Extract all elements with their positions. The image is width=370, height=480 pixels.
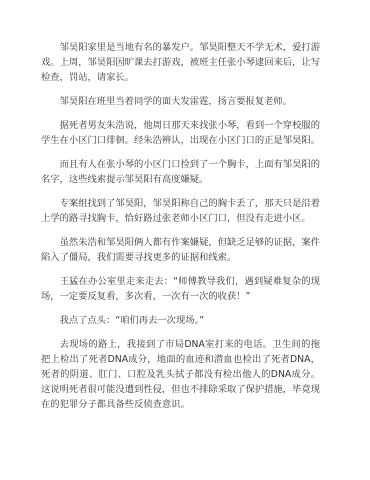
paragraph: 邹昊阳在班里当着同学的面大发雷霆，扬言要报复老师。	[41, 94, 320, 109]
paragraph: 据死者男友朱浩说，他周日那天来找张小琴，看到一个穿校服的学生在小区门口徘徊。经朱…	[41, 118, 320, 148]
paragraph: 专案组找到了邹昊阳，邹昊阳称自己的胸卡丢了，那天只是沿着上学的路寻找胸卡，恰好路…	[41, 196, 320, 226]
document-text-block: 邹昊阳家里是当地有名的暴发户。邹昊阳整天不学无术，爱打游戏。上周，邹昊阳因旷课去…	[41, 40, 320, 421]
paragraph: 而且有人在张小琴的小区门口捡到了一个胸卡，上面有邹昊阳的名字，这些线索提示邹昊阳…	[41, 157, 320, 187]
document-page: 邹昊阳家里是当地有名的暴发户。邹昊阳整天不学无术，爱打游戏。上周，邹昊阳因旷课去…	[0, 0, 370, 480]
paragraph: 王猛在办公室里走来走去：“师傅教导我们，遇到疑难复杂的现场，一定要反复看，多次看…	[41, 274, 320, 304]
paragraph: 邹昊阳家里是当地有名的暴发户。邹昊阳整天不学无术，爱打游戏。上周，邹昊阳因旷课去…	[41, 40, 320, 85]
paragraph: 去现场的路上，我接到了市局DNA室打来的电话。卫生间的拖把上检出了死者DNA成分…	[41, 337, 320, 412]
paragraph: 虽然朱浩和邹昊阳俩人都有作案嫌疑，但缺乏足够的证据，案件陷入了僵局，我们需要寻找…	[41, 235, 320, 265]
paragraph: 我点了点头：“咱们再去一次现场。”	[41, 313, 320, 328]
